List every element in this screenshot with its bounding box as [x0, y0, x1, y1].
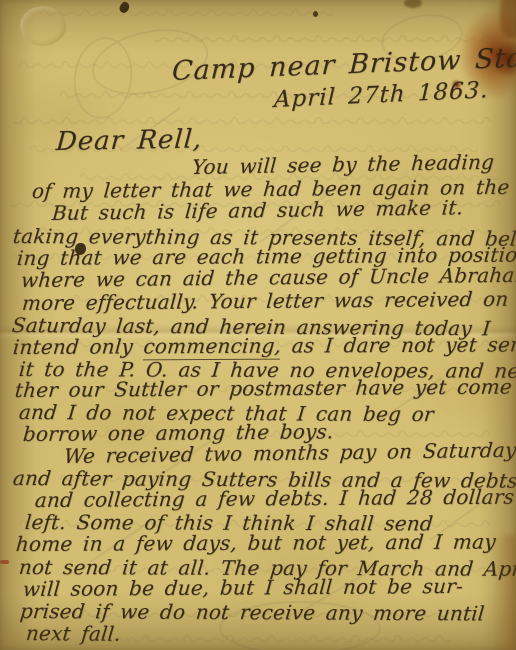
ink-speck-top-left: [118, 0, 132, 14]
smudge-top: [404, 0, 422, 8]
letter-heading-date: April 27th 1863.: [273, 77, 489, 113]
letter-line: and collecting a few debts. I had 28 dol…: [34, 485, 515, 512]
letter-line: more effectually. Your letter was receiv…: [21, 287, 509, 315]
ink-speck-top-center: [313, 11, 318, 17]
letter-salutation: Dear Rell,: [55, 124, 203, 157]
letter-line-underlined: intend only commencing, as I dare not ye…: [12, 332, 516, 359]
line-post: as I dare not yet send: [280, 332, 516, 357]
line-pre: intend only: [12, 334, 145, 359]
letter-line: home in a few days, but not yet, and I m…: [15, 529, 497, 556]
underlined-word: commencing,: [142, 334, 282, 361]
brown-streak-right-edge: [492, 535, 516, 650]
embossed-paper-seal: [20, 6, 66, 46]
letter-line: ther our Suttler or postmaster have yet …: [14, 375, 513, 402]
letter-page: Camp near Bristow Station April 27th 186…: [0, 0, 516, 650]
letter-line: will soon be due, but I shall not be sur…: [22, 574, 464, 601]
rust-stain-corner: [500, 0, 516, 38]
letter-line: But such is life and such we make it.: [51, 195, 464, 225]
red-mark-left-edge: [0, 560, 9, 564]
letter-line: We received two months pay on Saturday: [63, 438, 516, 468]
letter-line: next fall.: [25, 621, 122, 646]
